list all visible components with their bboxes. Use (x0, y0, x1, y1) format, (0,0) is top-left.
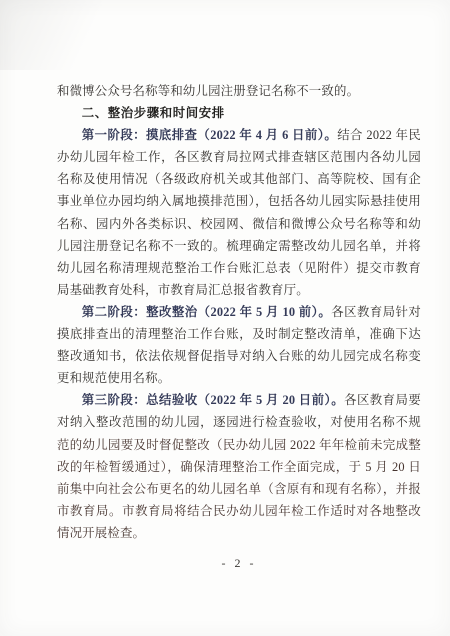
text-line: 更和规范使用名称。 (57, 367, 421, 389)
text-line: 幼儿园名称清理规范整治工作台账汇总表（见附件）提交市教育 (57, 257, 421, 279)
text-segment: 整改通知书，依法依规督促指导对纳入台账的幼儿园完成名称变 (57, 349, 421, 363)
text-segment: 情况开展检查。 (57, 526, 145, 540)
text-segment: 儿园注册登记名称不一致的。梳理确定需整改幼儿园名单，并将 (57, 239, 421, 253)
text-segment: 更和规范使用名称。 (57, 371, 170, 385)
text-line: 范的幼儿园要及时督促整改（民办幼儿园 2022 年年检前未完成整 (57, 434, 421, 456)
text-line: 办幼儿园年检工作，各区教育局拉网式排查辖区范围内各幼儿园 (57, 146, 421, 168)
text-segment: 各区教育局针对 (331, 305, 421, 319)
text-line: 局基础教育处科，市教育局汇总报省教育厅。 (57, 279, 421, 301)
text-segment: 办幼儿园年检工作，各区教育局拉网式排查辖区范围内各幼儿园 (57, 150, 421, 164)
section-heading: 二、整治步骤和时间安排 (57, 102, 421, 124)
phase-label-segment: 第三阶段：总结验收（2022 年 5 月 20 日前）。 (82, 393, 344, 407)
text-segment: 二、整治步骤和时间安排 (82, 106, 225, 120)
text-segment: 局基础教育处科，市教育局汇总报省教育厅。 (57, 283, 309, 297)
text-segment: 和微博公众号名称等和幼儿园注册登记名称不一致的。 (57, 84, 359, 98)
line-phase3-start: 第三阶段：总结验收（2022 年 5 月 20 日前）。各区教育局要 (57, 389, 421, 411)
page-number: - 2 - (57, 556, 421, 571)
text-line: 对纳入整改范围的幼儿园，逐园进行检查验收，对使用名称不规 (57, 411, 421, 433)
phase-label-segment: 第二阶段：整改整治（2022 年 5 月 10 前）。 (82, 305, 331, 319)
text-segment: 摸底排查出的清理整治工作台账，及时制定整改清单，准确下达 (57, 327, 421, 341)
text-segment: 前集中向社会公布更名的幼儿园名单（含原有和现有名称），并报 (57, 482, 421, 496)
text-segment: 幼儿园名称清理规范整治工作台账汇总表（见附件）提交市教育 (57, 261, 421, 275)
text-segment: 范的幼儿园要及时督促整改（民办幼儿园 2022 年年检前未完成整 (57, 438, 421, 452)
document-body: 和微博公众号名称等和幼儿园注册登记名称不一致的。二、整治步骤和时间安排第一阶段：… (57, 80, 421, 544)
text-segment: 市教育局。市教育局将结合民办幼儿园年检工作适时对各地整改 (57, 504, 421, 518)
text-line: 儿园注册登记名称不一致的。梳理确定需整改幼儿园名单，并将 (57, 235, 421, 257)
text-line: 名称及使用情况（各级政府机关或其他部门、高等院校、国有企 (57, 168, 421, 190)
text-line: 名称、园内外各类标识、校园网、微信和微博公众号名称等和幼 (57, 213, 421, 235)
phase-label-segment: 第一阶段：摸底排查（2022 年 4 月 6 日前）。 (82, 128, 337, 142)
text-line: 前集中向社会公布更名的幼儿园名单（含原有和现有名称），并报 (57, 478, 421, 500)
text-line: 情况开展检查。 (57, 522, 421, 544)
text-line: 整改通知书，依法依规督促指导对纳入台账的幼儿园完成名称变 (57, 345, 421, 367)
text-segment: 事业单位办园均纳入属地摸排范围），包括各幼儿园实际悬挂使用 (57, 194, 421, 208)
text-segment: 各区教育局要 (344, 393, 421, 407)
text-segment: 改的年检暂缓通过），确保清理整治工作全面完成，于 5 月 20 日 (57, 460, 421, 474)
document-page: 和微博公众号名称等和幼儿园注册登记名称不一致的。二、整治步骤和时间安排第一阶段：… (0, 0, 450, 636)
text-segment: 对纳入整改范围的幼儿园，逐园进行检查验收，对使用名称不规 (57, 415, 421, 429)
text-line: 市教育局。市教育局将结合民办幼儿园年检工作适时对各地整改 (57, 500, 421, 522)
text-line: 摸底排查出的清理整治工作台账，及时制定整改清单，准确下达 (57, 323, 421, 345)
text-segment: 名称及使用情况（各级政府机关或其他部门、高等院校、国有企 (57, 172, 421, 186)
line-phase1-start: 第一阶段：摸底排查（2022 年 4 月 6 日前）。结合 2022 年民 (57, 124, 421, 146)
scan-shadow-artifact (0, 0, 450, 70)
text-segment: 名称、园内外各类标识、校园网、微信和微博公众号名称等和幼 (57, 217, 421, 231)
line-carryover: 和微博公众号名称等和幼儿园注册登记名称不一致的。 (57, 80, 421, 102)
text-segment: 结合 2022 年民 (337, 128, 421, 142)
text-line: 改的年检暂缓通过），确保清理整治工作全面完成，于 5 月 20 日 (57, 456, 421, 478)
text-line: 事业单位办园均纳入属地摸排范围），包括各幼儿园实际悬挂使用 (57, 190, 421, 212)
line-phase2-start: 第二阶段：整改整治（2022 年 5 月 10 前）。各区教育局针对 (57, 301, 421, 323)
